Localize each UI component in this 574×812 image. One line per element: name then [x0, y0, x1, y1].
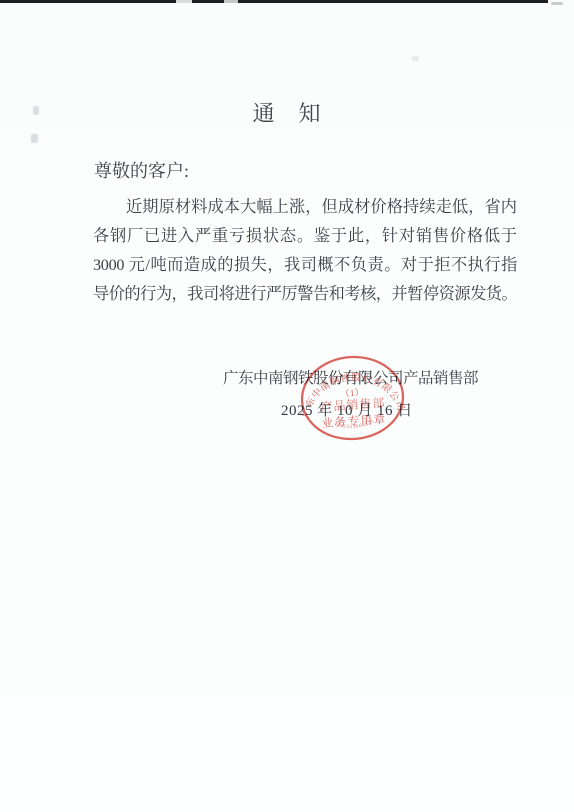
scan-speck: [31, 134, 38, 143]
body-line-3: 3000 元/吨而造成的损失，我司概不负责。对于拒不执行指: [93, 251, 517, 280]
salutation-line: 尊敬的客户:: [94, 160, 189, 182]
scan-edge-artifact: [0, 0, 548, 3]
scan-speck: [551, 2, 563, 5]
seal-dept-text: 产品销售部: [320, 395, 386, 414]
company-seal-stamp: 广东中南钢铁股份有限公司 （1） 产品销售部 业务专用章 44622310645…: [296, 350, 409, 445]
scan-speck: [412, 56, 419, 61]
body-line-2: 各钢厂已进入严重亏损状态。鉴于此，针对销售价格低于: [93, 222, 517, 251]
notice-body: 近期原材料成本大幅上涨，但成材价格持续走低，省内 各钢厂已进入严重亏损状态。鉴于…: [93, 193, 517, 309]
scanned-notice-page: 通 知 尊敬的客户: 近期原材料成本大幅上涨，但成材价格持续走低，省内 各钢厂已…: [0, 0, 574, 812]
body-line-4: 导价的行为，我司将进行严厉警告和考核，并暂停资源发货。: [93, 280, 517, 309]
body-line-1: 近期原材料成本大幅上涨，但成材价格持续走低，省内: [93, 193, 517, 222]
notice-title: 通 知: [0, 101, 574, 127]
seal-graphic: 广东中南钢铁股份有限公司 （1） 产品销售部 业务专用章 44622310645…: [296, 350, 409, 445]
